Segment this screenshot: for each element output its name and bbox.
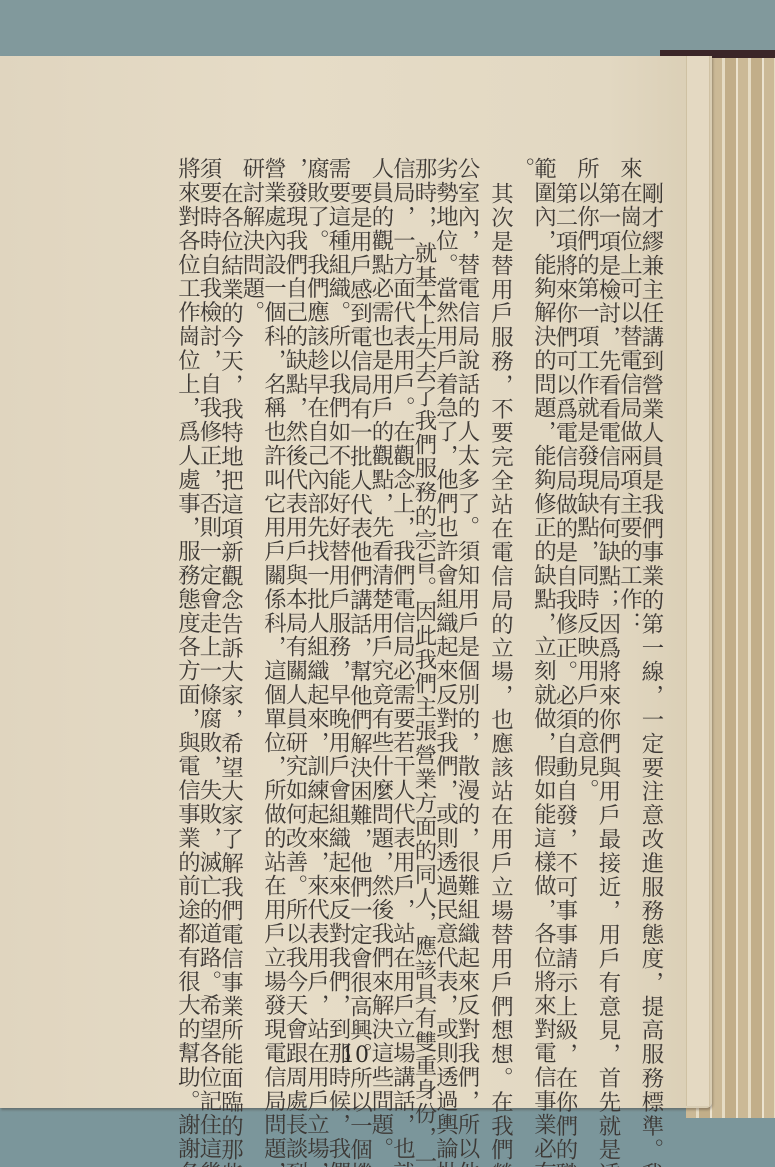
text-column: 劣勢地位。當然用戶着急了，他們也許會組織起來反對我們，或則透過民意代表，或則透過… [434,157,456,1037]
text-column: 營業處內設一個科，名稱也許叫它用戶關係科，這個單位，所做的站在用戶立場發現電信局… [262,157,284,1037]
text-column: 腐敗了。我們應該趁早在自己內部先找一批人組織起來，訓練起來，來代表用戶，站在用戶… [305,157,327,1037]
page-fold-edge [686,56,710,1106]
text-column: 將來對各位工作崗位上，爲人處事，服務態度各方面，與電信事業的前途都有很大的幫助。… [176,157,198,1037]
vertical-text-body: 剛才繆兼主任講到營業人員是我們事業的第一線，一定要注意改進服務態度，提高服務標準… [176,157,661,1037]
text-column: 要是用戶感到電信局有一批人代表他們講話，幫他們解決困難，他們一定會很高興。所以一… [348,157,370,1037]
text-column: 在各位結業的今天，我特地把這項新觀念告訴大家，希望大家了解我們電信事業所能面臨的… [219,157,241,1037]
text-column: 來在崗位上可以替電信局做兩項主要的工作： [618,157,640,1037]
page-number: 10 [341,1043,369,1068]
text-column: 其次是替用戶服務，不要完全站在電信局的立場，也應該站在用戶立場替用戶們想想。在我… [489,157,511,1037]
text-column: 範圍內，能夠解決的問題，能夠修正的缺點，立刻就做，假如能這樣做，各位將來對電信事… [532,157,554,1037]
text-column: 信局，一方面代表用戶。在觀念上，我們電信局必需要若干人代表用戶，站在用戶立場講話… [391,157,413,1037]
text-column: 所以你們的第一項工作就是發現缺點，同時反映用戶的意見。 [575,157,597,1037]
